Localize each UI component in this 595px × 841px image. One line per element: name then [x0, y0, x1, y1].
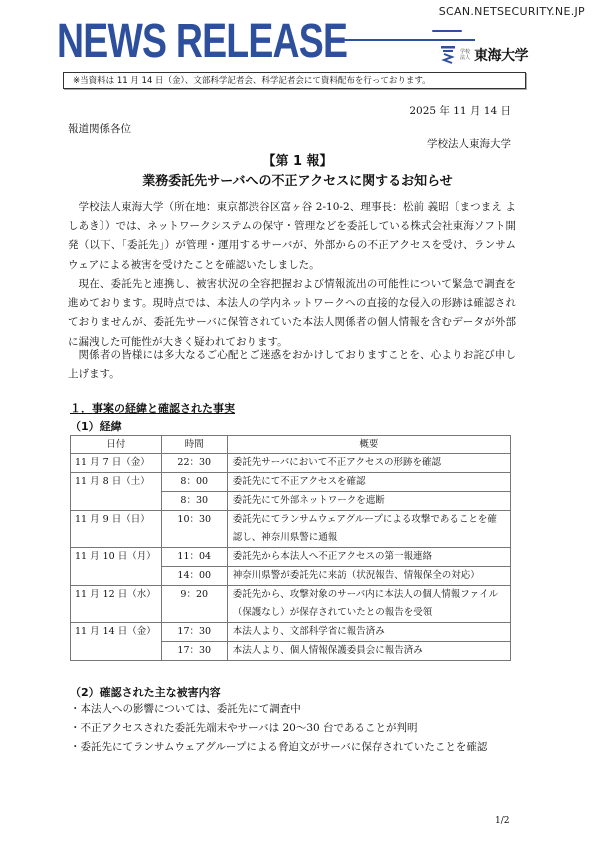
cell-time: 8：30 [161, 492, 227, 511]
table-row: 11 月 9 日（日） 10：30 委託先にてランサムウェアグループによる攻撃で… [71, 511, 511, 548]
column-header-summary: 概要 [227, 436, 510, 454]
cell-summary: 本法人より、個人情報保護委員会に報告済み [227, 642, 510, 661]
damages-heading: （2）確認された主な被害内容 [70, 684, 221, 700]
distribution-notice: ※当資料は 11 月 14 日（金）、文部科学記者会、科学記者会にて資料配布を行… [63, 72, 526, 89]
page-number: 1/2 [495, 816, 509, 826]
logo-small-bottom: 法人 [460, 55, 470, 61]
cell-time: 17：30 [161, 623, 227, 642]
table-row: 11 月 12 日（水） 9：20 委託先から、攻撃対象のサーバ内に本法人の個人… [71, 586, 511, 623]
table-header-row: 日付 時間 概要 [71, 436, 511, 454]
report-number: 【第 1 報】 [0, 150, 595, 169]
column-header-time: 時間 [161, 436, 227, 454]
table-row: 11 月 7 日（金） 22：30 委託先サーバにおいて不正アクセスの形跡を確認 [71, 454, 511, 473]
cell-summary: 委託先サーバにおいて不正アクセスの形跡を確認 [227, 454, 510, 473]
cell-time: 9：20 [161, 586, 227, 623]
cell-summary: 本法人より、文部科学省に報告済み [227, 623, 510, 642]
release-date: 2025 年 11 月 14 日 [409, 103, 511, 118]
cell-date: 11 月 7 日（金） [71, 454, 162, 473]
cell-date: 11 月 9 日（日） [71, 511, 162, 548]
list-item: 不正アクセスされた委託先端末やサーバは 20～30 台であることが判明 [70, 719, 487, 738]
cell-time: 14：00 [161, 567, 227, 586]
cell-time: 17：30 [161, 642, 227, 661]
addressee: 報道関係各位 [68, 121, 131, 136]
cell-summary: 委託先から本法人へ不正アクセスの第一報連絡 [227, 548, 510, 567]
cell-summary: 委託先にて不正アクセスを確認 [227, 473, 510, 492]
cell-summary: 委託先から、攻撃対象のサーバ内に本法人の個人情報ファイル（保護なし）が保存されて… [227, 586, 510, 623]
list-item: 本法人への影響については、委託先にて調査中 [70, 700, 487, 719]
cell-time: 11：04 [161, 548, 227, 567]
paragraph-investigation: 現在、委託先と連携し、被害状況の全容把握および情報流出の可能性について緊急で調査… [68, 275, 516, 352]
table-row: 11 月 14 日（金） 17：30 本法人より、文部科学省に報告済み [71, 623, 511, 642]
paragraph-intro: 学校法人東海大学（所在地：東京都渋谷区富ヶ谷 2-10-2、理事長：松前 義昭〔… [68, 198, 516, 275]
university-logo: 学校 法人 東海大学 [440, 45, 528, 65]
paragraph-apology: 関係者の皆様には多大なるご心配とご迷惑をおかけしておりますことを、心よりお詫び申… [68, 346, 516, 384]
table-row: 11 月 10 日（月） 11：04 委託先から本法人へ不正アクセスの第一報連絡 [71, 548, 511, 567]
cell-summary: 委託先にてランサムウェアグループによる攻撃であることを確認し、神奈川県警に通報 [227, 511, 510, 548]
watermark: SCAN.NETSECURITY.NE.JP [439, 5, 585, 18]
cell-time: 8：00 [161, 473, 227, 492]
header-rule-accent [432, 30, 462, 32]
tokai-university-emblem-icon [440, 45, 456, 65]
cell-date: 11 月 10 日（月） [71, 548, 162, 586]
timeline-table: 日付 時間 概要 11 月 7 日（金） 22：30 委託先サーバにおいて不正ア… [70, 435, 511, 661]
news-release-title: NEWS RELEASE [57, 17, 347, 67]
cell-date: 11 月 8 日（土） [71, 473, 162, 511]
timeline-heading: （1）経緯 [70, 418, 122, 434]
table-row: 11 月 8 日（土） 8：00 委託先にて不正アクセスを確認 [71, 473, 511, 492]
logo-name: 東海大学 [474, 45, 528, 65]
header-rule [327, 39, 475, 41]
logo-corp-label: 学校 法人 [460, 49, 470, 61]
cell-summary: 神奈川県警が委託先に来訪（状況報告、情報保全の対応） [227, 567, 510, 586]
list-item: 委託先にてランサムウェアグループによる脅迫文がサーバに保存されていたことを確認 [70, 738, 487, 757]
organization: 学校法人東海大学 [427, 136, 511, 151]
column-header-date: 日付 [71, 436, 162, 454]
cell-summary: 委託先にて外部ネットワークを遮断 [227, 492, 510, 511]
document-title: 業務委託先サーバへの不正アクセスに関するお知らせ [0, 170, 595, 189]
damages-list: 本法人への影響については、委託先にて調査中 不正アクセスされた委託先端末やサーバ… [70, 700, 487, 757]
section-heading: １．事案の経緯と確認された事実 [70, 400, 235, 416]
cell-date: 11 月 12 日（水） [71, 586, 162, 623]
cell-time: 10：30 [161, 511, 227, 548]
cell-time: 22：30 [161, 454, 227, 473]
cell-date: 11 月 14 日（金） [71, 623, 162, 661]
